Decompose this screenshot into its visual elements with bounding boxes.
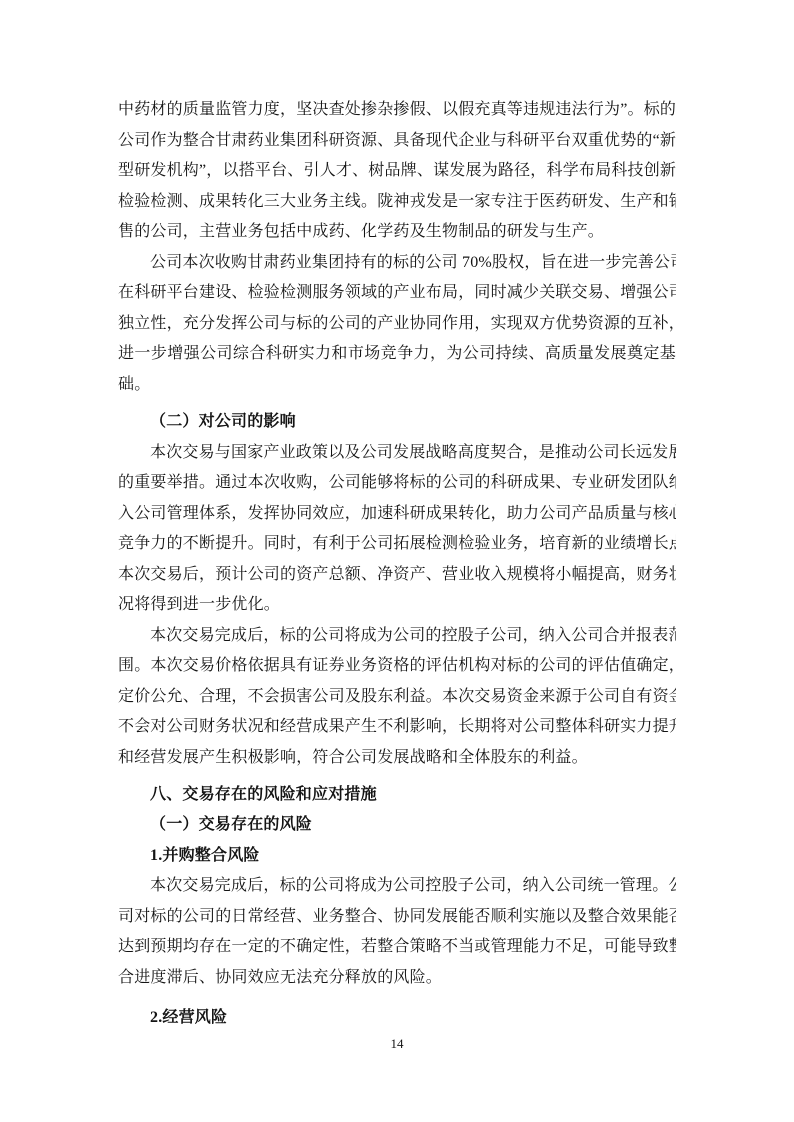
text-line: 型研发机构”，以搭平台、引人才、树品牌、谋发展为路径，科学布局科技创新、 bbox=[118, 156, 676, 187]
text-line: 公司本次收购甘肃药业集团持有的标的公司 70%股权，旨在进一步完善公司 bbox=[118, 248, 676, 279]
section-heading: 1.并购整合风险 bbox=[118, 841, 676, 872]
text-line: 围。本次交易价格依据具有证券业务资格的评估机构对标的公司的评估值确定， bbox=[118, 651, 676, 682]
text-line: 定价公允、合理，不会损害公司及股东利益。本次交易资金来源于公司自有资金， bbox=[118, 682, 676, 713]
document-page: 中药材的质量监管力度，坚决查处掺杂掺假、以假充真等违规违法行为”。标的 公司作为… bbox=[0, 0, 794, 1122]
text-line: 不会对公司财务状况和经营成果产生不利影响，长期将对公司整体科研实力提升 bbox=[118, 712, 676, 743]
text-line: 检验检测、成果转化三大业务主线。陇神戎发是一家专注于医药研发、生产和销 bbox=[118, 187, 676, 218]
text-line: 的重要举措。通过本次收购，公司能够将标的公司的科研成果、专业研发团队纳 bbox=[118, 468, 676, 499]
paragraph: 本次交易完成后，标的公司将成为公司控股子公司，纳入公司统一管理。公 司对标的公司… bbox=[118, 871, 676, 993]
text-line: 本次交易与国家产业政策以及公司发展战略高度契合，是推动公司长远发展 bbox=[118, 438, 676, 469]
paragraph: 本次交易完成后，标的公司将成为公司的控股子公司，纳入公司合并报表范 围。本次交易… bbox=[118, 621, 676, 774]
text-line: 司对标的公司的日常经营、业务整合、协同发展能否顺利实施以及整合效果能否 bbox=[118, 902, 676, 933]
text-line: 售的公司，主营业务包括中成药、化学药及生物制品的研发与生产。 bbox=[118, 217, 676, 248]
text-line: 在科研平台建设、检验检测服务领域的产业布局，同时减少关联交易、增强公司 bbox=[118, 278, 676, 309]
section-heading: 八、交易存在的风险和应对措施 bbox=[118, 780, 676, 811]
paragraph: 中药材的质量监管力度，坚决查处掺杂掺假、以假充真等违规违法行为”。标的 公司作为… bbox=[118, 95, 676, 248]
page-number: 14 bbox=[0, 1034, 794, 1054]
document-content: 中药材的质量监管力度，坚决查处掺杂掺假、以假充真等违规违法行为”。标的 公司作为… bbox=[118, 95, 676, 1033]
text-line: 入公司管理体系，发挥协同效应，加速科研成果转化，助力公司产品质量与核心 bbox=[118, 499, 676, 530]
text-line: 独立性，充分发挥公司与标的公司的产业协同作用，实现双方优势资源的互补， bbox=[118, 309, 676, 340]
text-line: 公司作为整合甘肃药业集团科研资源、具备现代企业与科研平台双重优势的“新 bbox=[118, 126, 676, 157]
section-heading: （一）交易存在的风险 bbox=[118, 810, 676, 841]
text-line: 本次交易完成后，标的公司将成为公司的控股子公司，纳入公司合并报表范 bbox=[118, 621, 676, 652]
text-line: 况将得到进一步优化。 bbox=[118, 590, 676, 621]
paragraph: 公司本次收购甘肃药业集团持有的标的公司 70%股权，旨在进一步完善公司 在科研平… bbox=[118, 248, 676, 401]
text-line: 本次交易后，预计公司的资产总额、净资产、营业收入规模将小幅提高，财务状 bbox=[118, 560, 676, 591]
text-line: 达到预期均存在一定的不确定性，若整合策略不当或管理能力不足，可能导致整 bbox=[118, 932, 676, 963]
text-line: 和经营发展产生积极影响，符合公司发展战略和全体股东的利益。 bbox=[118, 743, 676, 774]
paragraph: 本次交易与国家产业政策以及公司发展战略高度契合，是推动公司长远发展 的重要举措。… bbox=[118, 438, 676, 621]
text-line: 中药材的质量监管力度，坚决查处掺杂掺假、以假充真等违规违法行为”。标的 bbox=[118, 95, 676, 126]
section-heading: 2.经营风险 bbox=[118, 1003, 676, 1034]
text-line: 竞争力的不断提升。同时，有利于公司拓展检测检验业务，培育新的业绩增长点。 bbox=[118, 529, 676, 560]
text-line: 合进度滞后、协同效应无法充分释放的风险。 bbox=[118, 963, 676, 994]
text-line: 进一步增强公司综合科研实力和市场竞争力，为公司持续、高质量发展奠定基础。 bbox=[118, 339, 676, 400]
section-heading: （二）对公司的影响 bbox=[118, 407, 676, 438]
text-line: 本次交易完成后，标的公司将成为公司控股子公司，纳入公司统一管理。公 bbox=[118, 871, 676, 902]
